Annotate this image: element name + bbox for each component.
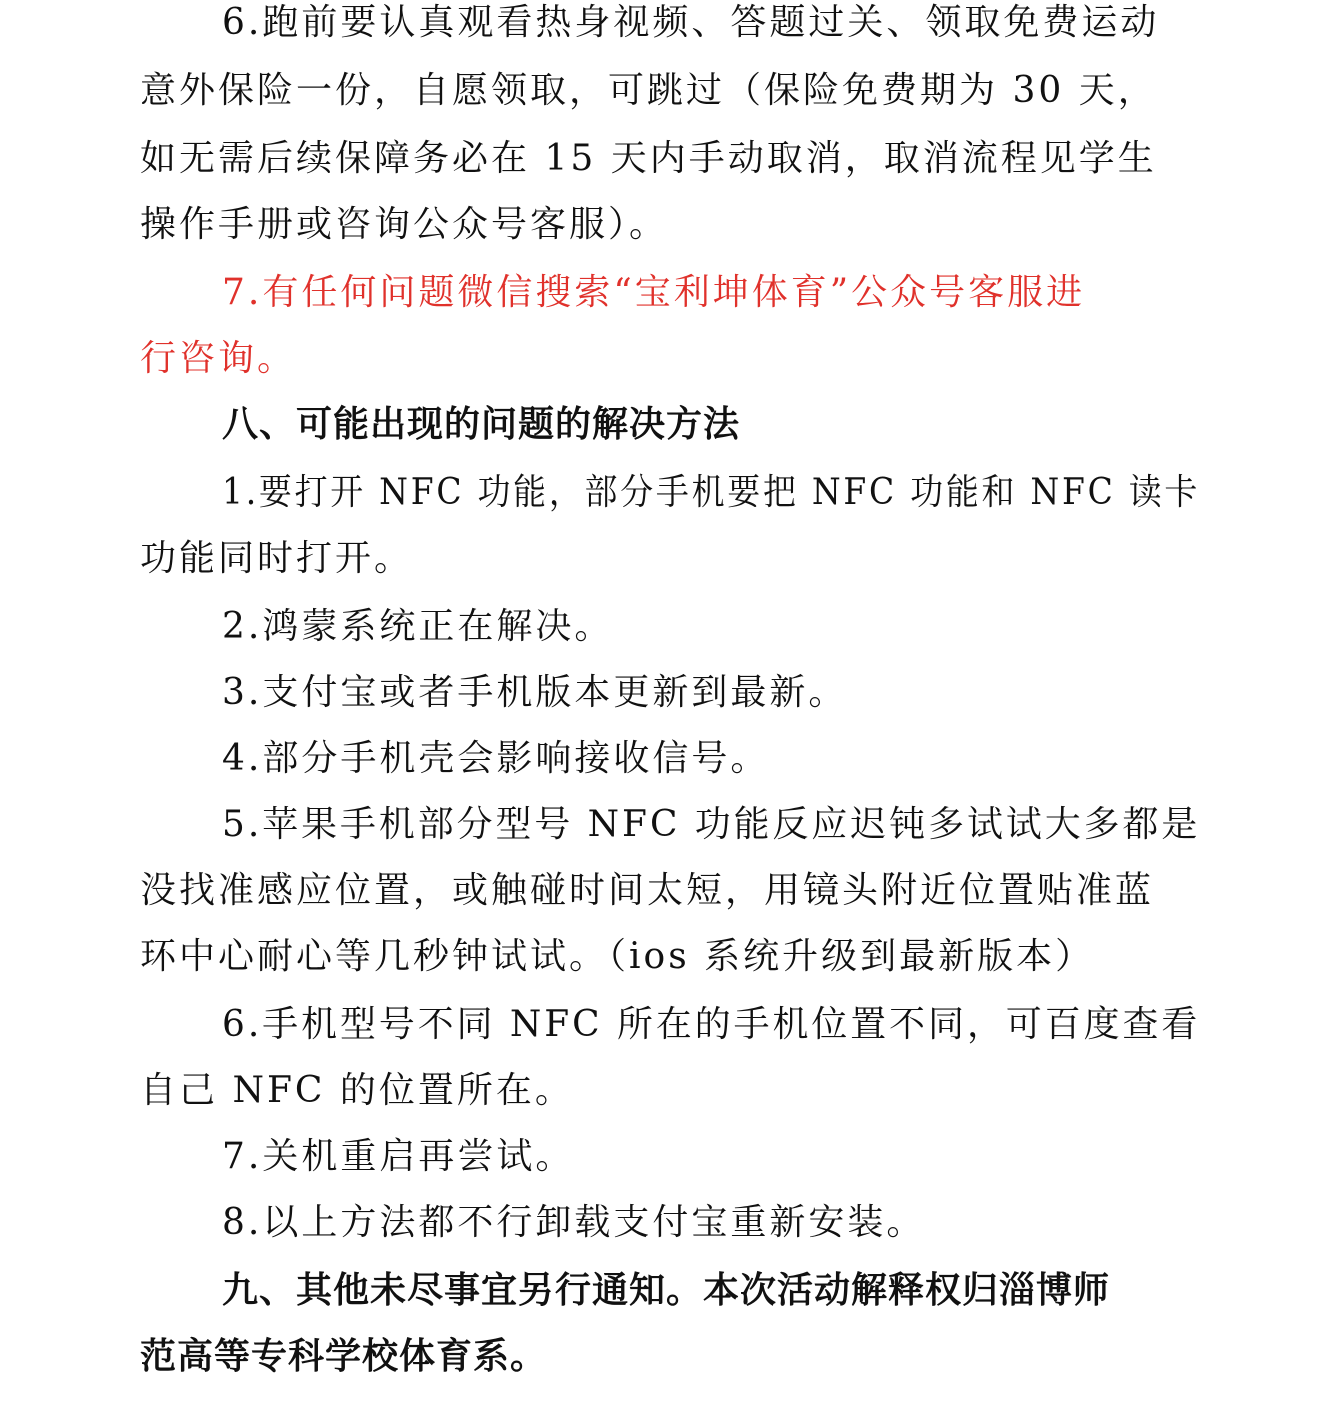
solution-8: 8.以上方法都不行卸载支付宝重新安装。 (222, 1198, 925, 1248)
solution-3: 3.支付宝或者手机版本更新到最新。 (222, 668, 847, 718)
rule-7-contact-line-2: 行咨询。 (140, 334, 296, 384)
solution-6-line-2: 自己 NFC 的位置所在。 (140, 1066, 574, 1116)
rule-6-insurance-line-3: 如无需后续保障务必在 15 天内手动取消，取消流程见学生 (140, 134, 1157, 184)
solution-6-line-1: 6.手机型号不同 NFC 所在的手机位置不同，可百度查看 (222, 1000, 1200, 1050)
rule-6-insurance-line-4: 操作手册或咨询公众号客服）。 (140, 200, 668, 250)
section-9-notice-line-2: 范高等专科学校体育系。 (140, 1332, 547, 1382)
rule-6-insurance-line-1: 6.跑前要认真观看热身视频、答题过关、领取免费运动 (222, 0, 1159, 48)
solution-4: 4.部分手机壳会影响接收信号。 (222, 734, 769, 784)
solution-5-line-2: 没找准感应位置，或触碰时间太短，用镜头附近位置贴准蓝 (140, 866, 1154, 916)
section-8-heading: 八、可能出现的问题的解决方法 (222, 400, 740, 450)
solution-2: 2.鸿蒙系统正在解决。 (222, 602, 613, 652)
rule-7-contact-line-1: 7.有任何问题微信搜索“宝利坤体育”公众号客服进 (222, 268, 1085, 318)
solution-1-line-1: 1.要打开 NFC 功能，部分手机要把 NFC 功能和 NFC 读卡 (222, 468, 1200, 518)
solution-5-line-1: 5.苹果手机部分型号 NFC 功能反应迟钝多试试大多都是 (222, 800, 1200, 850)
rule-6-insurance-line-2: 意外保险一份，自愿领取，可跳过（保险免费期为 30 天， (140, 66, 1157, 116)
solution-7: 7.关机重启再尝试。 (222, 1132, 574, 1182)
solution-1-line-2: 功能同时打开。 (140, 534, 413, 584)
section-9-notice-line-1: 九、其他未尽事宜另行通知。本次活动解释权归淄博师 (222, 1266, 1110, 1316)
solution-5-line-3: 环中心耐心等几秒钟试试。（ios 系统升级到最新版本） (140, 932, 1094, 982)
